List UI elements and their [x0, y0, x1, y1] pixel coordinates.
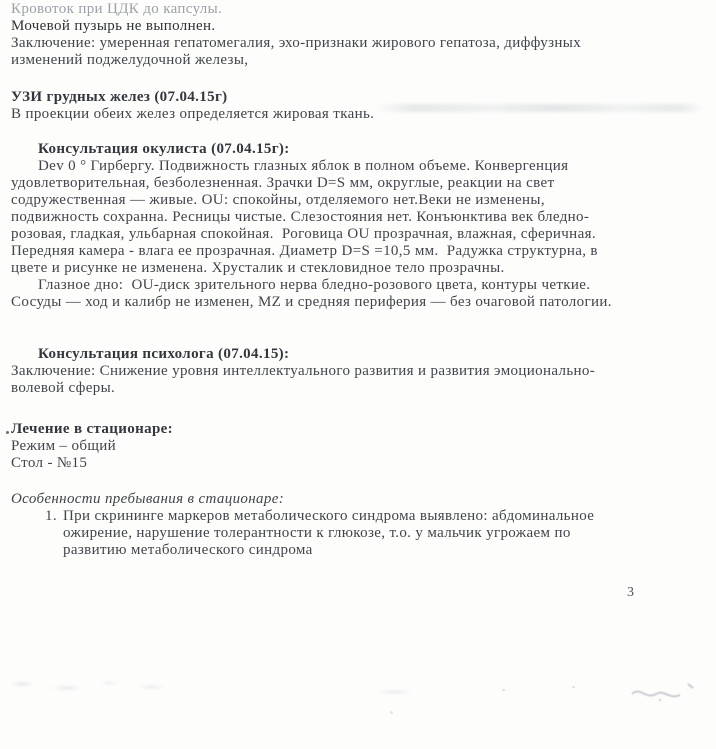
text-line: 1.При скрининге маркеров метаболического… — [11, 508, 671, 525]
document-body: Кровоток при ЦДК до капсулы.Мочевой пузы… — [11, 1, 671, 559]
text-line: Заключение: умеренная гепатомегалия, эхо… — [11, 35, 671, 52]
list-text: При скрининге маркеров метаболического с… — [63, 508, 594, 524]
list-number: 1. — [45, 508, 63, 525]
scan-speck — [572, 686, 575, 688]
text-line: развитию метаболического синдрома — [11, 542, 671, 559]
text-line: Кровоток при ЦДК до капсулы. — [11, 1, 671, 18]
text-line: Заключение: Снижение уровня интеллектуал… — [11, 363, 671, 380]
text-line: Сосуды — ход и калибр не изменен, MZ и с… — [11, 294, 671, 311]
page-number: 3 — [627, 585, 634, 601]
section-psychologist: Консультация психолога (07.04.15):Заключ… — [11, 346, 671, 397]
scan-smudge-center — [360, 687, 430, 697]
text-line: В проекции обеих желез определяется жиро… — [11, 106, 671, 123]
text-line: удовлетворительная, безболезненная. Зрач… — [11, 175, 671, 192]
section-heading: Лечение в стационаре: — [11, 421, 671, 438]
text-line: Мочевой пузырь не выполнен. — [11, 18, 671, 35]
text-line: волевой сферы. — [11, 380, 671, 397]
text-line: Особенности пребывания в стационаре: — [11, 491, 671, 508]
text-line: содружественная — живые. OU: спокойны, о… — [11, 192, 671, 209]
scan-squiggle-mark — [626, 678, 706, 717]
scanned-document-page: Кровоток при ЦДК до капсулы.Мочевой пузы… — [0, 0, 716, 749]
section-heading: Консультация психолога (07.04.15): — [11, 346, 671, 363]
text-line: ожирение, нарушение толерантности к глюк… — [11, 525, 671, 542]
text-line: Режим – общий — [11, 438, 671, 455]
text-line: розовая, гладкая, ульбарная спокойная. Р… — [11, 226, 671, 243]
scan-smudge-left — [2, 676, 172, 696]
scan-speck — [390, 711, 393, 714]
section-heading: Консультация окулиста (07.04.15г): — [11, 141, 671, 158]
scan-speck — [502, 689, 505, 691]
section-prev-page-tail: Кровоток при ЦДК до капсулы.Мочевой пузы… — [11, 1, 671, 69]
text-line: изменений поджелудочной железы, — [11, 52, 671, 69]
section-treatment: Лечение в стационаре:Режим – общийСтол -… — [11, 421, 671, 472]
scan-stray-dot — [6, 431, 9, 434]
section-stay-features: Особенности пребывания в стационаре:1.Пр… — [11, 491, 671, 559]
section-uzi-breast: УЗИ грудных желез (07.04.15г)В проекции … — [11, 89, 671, 123]
text-line: цвете и рисунке не изменена. Хрусталик и… — [11, 260, 671, 277]
text-line: Передняя камера - влага ее прозрачная. Д… — [11, 243, 671, 260]
text-line: Глазное дно: OU-диск зрительного нерва б… — [11, 277, 671, 294]
section-heading: УЗИ грудных желез (07.04.15г) — [11, 89, 671, 106]
text-line: Стол - №15 — [11, 455, 671, 472]
text-line: Dev 0 ° Гирбергу. Подвижность глазных яб… — [11, 158, 671, 175]
text-line: подвижность сохранна. Ресницы чистые. Сл… — [11, 209, 671, 226]
section-oculist: Консультация окулиста (07.04.15г):Dev 0 … — [11, 141, 671, 311]
